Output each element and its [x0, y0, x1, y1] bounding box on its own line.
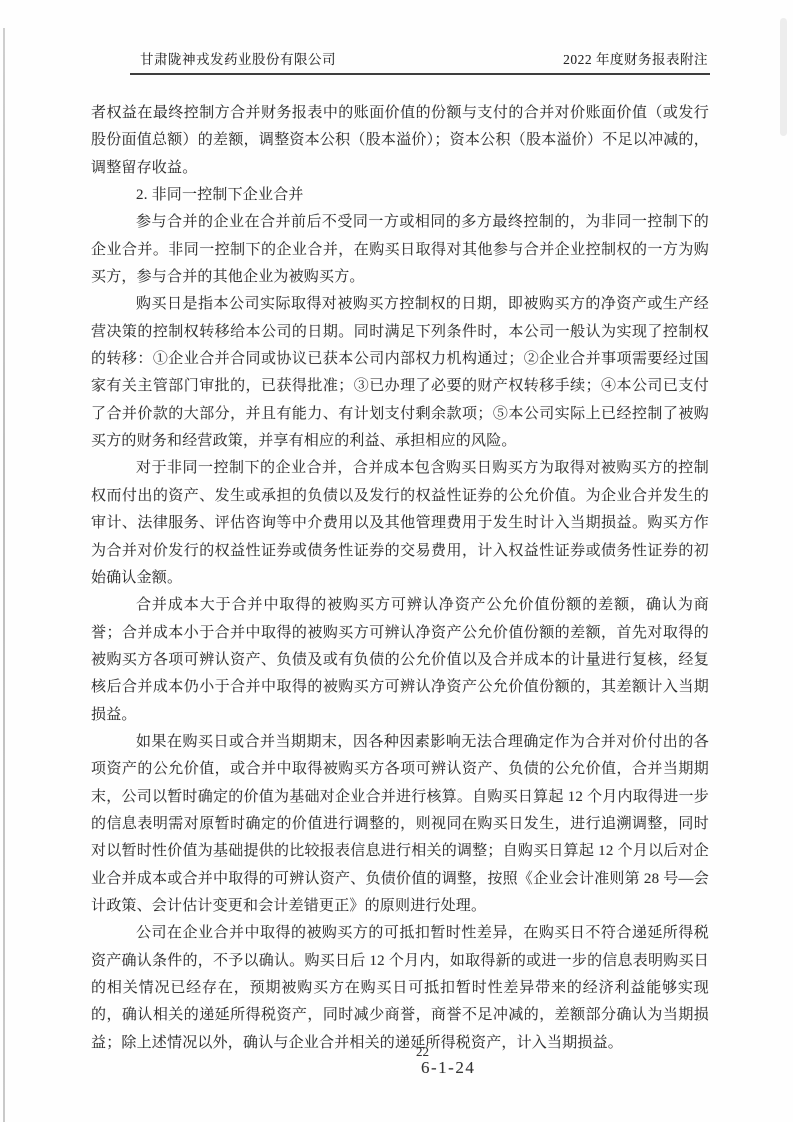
section-heading-non-common-control-merger: 2. 非同一控制下企业合并: [91, 182, 709, 209]
paragraph-merger-cost: 对于非同一控制下的企业合并，合并成本包含购买日购买方为取得对被购买方的控制权而付…: [91, 455, 709, 592]
header-company-name: 甘肃陇神戎发药业股份有限公司: [140, 48, 336, 68]
paragraph-provisional-value-adjustment: 如果在购买日或合并当期期末，因各种因素影响无法合理确定作为合并对价付出的各项资产…: [91, 729, 709, 920]
header-divider-rule: [130, 73, 710, 75]
paragraph-continuation: 者权益在最终控制方合并财务报表中的账面价值的份额与支付的合并对价账面价值（或发行…: [91, 100, 709, 182]
paragraph-purchase-date-conditions: 购买日是指本公司实际取得对被购买方控制权的日期，即被购买方的净资产或生产经营决策…: [91, 291, 709, 455]
page-code: 6-1-24: [421, 1058, 475, 1078]
document-body: 者权益在最终控制方合并财务报表中的账面价值的份额与支付的合并对价账面价值（或发行…: [91, 100, 709, 1057]
scanned-document-page: 甘肃陇神戎发药业股份有限公司 2022 年度财务报表附注 者权益在最终控制方合并…: [0, 0, 793, 1122]
scan-edge-artifact-left: [3, 28, 5, 1122]
scan-smudge-artifact-right: [780, 18, 787, 136]
paragraph-goodwill-recognition: 合并成本大于合并中取得的被购买方可辨认净资产公允价值份额的差额，确认为商誉；合并…: [91, 592, 709, 729]
paragraph-merger-definition: 参与合并的企业在合并前后不受同一方或相同的多方最终控制的，为非同一控制下的企业合…: [91, 209, 709, 291]
header-report-title: 2022 年度财务报表附注: [563, 48, 708, 68]
paragraph-deferred-tax: 公司在企业合并中取得的被购买方的可抵扣暂时性差异，在购买日不符合递延所得税资产确…: [91, 920, 709, 1057]
